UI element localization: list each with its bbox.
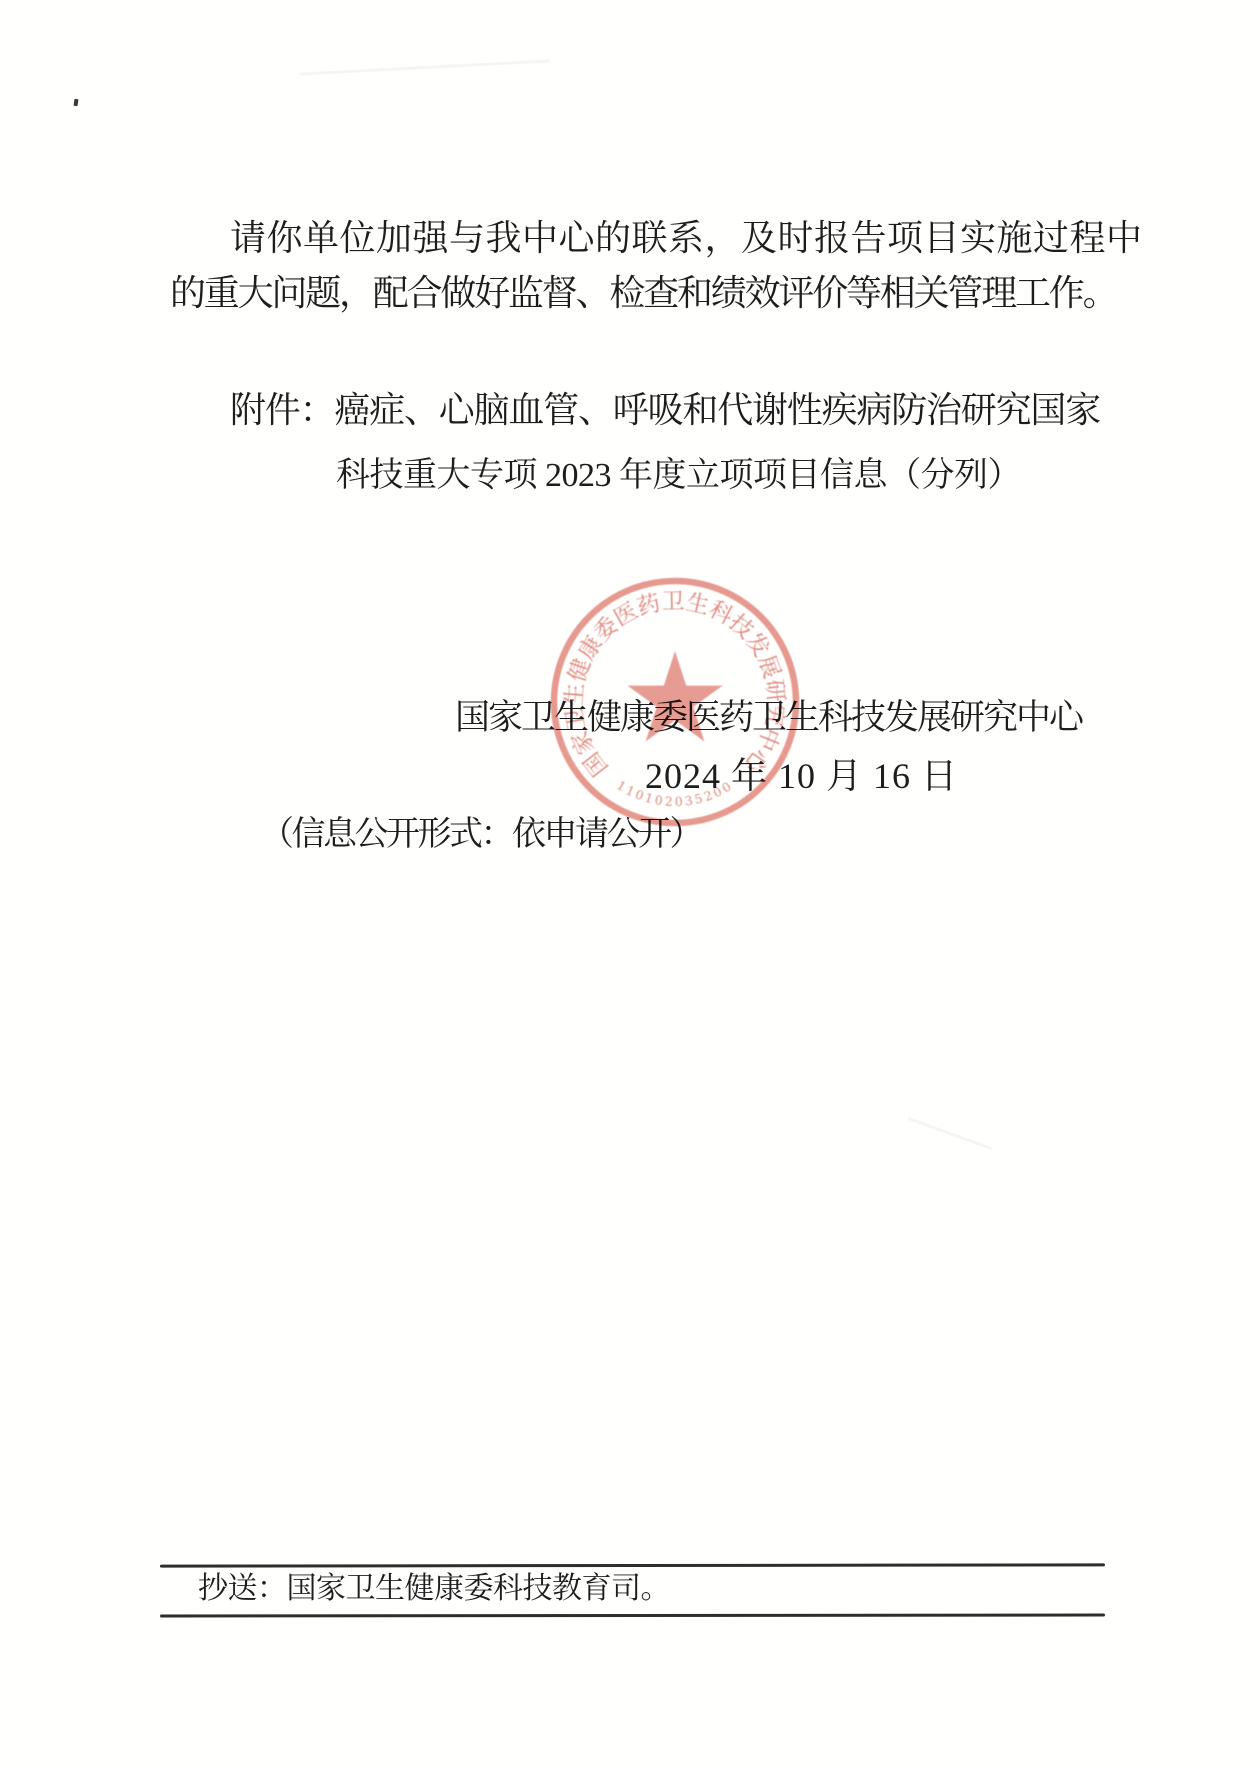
footer-cc-line: 抄送：国家卫生健康委科技教育司。 xyxy=(198,1574,670,1604)
seal-code-text-wrap: 110102035200 xyxy=(614,777,736,809)
attachment-line-1: 附件：癌症、心脑血管、呼吸和代谢性疾病防治研究国家 xyxy=(230,392,1100,428)
footer-rule-top xyxy=(160,1563,1105,1567)
body-paragraph-line-2: 的重大问题，配合做好监督、检查和绩效评价等相关管理工作。 xyxy=(170,275,1116,311)
body-paragraph-line-1: 请你单位加强与我中心的联系，及时报告项目实施过程中 xyxy=(230,220,1143,256)
attachment-line-2: 科技重大专项 2023 年度立项项目信息（分列） xyxy=(336,459,1021,493)
document-page: 请你单位加强与我中心的联系，及时报告项目实施过程中 的重大问题，配合做好监督、检… xyxy=(0,0,1260,1768)
footer-rule-bottom xyxy=(160,1614,1105,1618)
scan-streak xyxy=(907,1117,993,1151)
star-icon xyxy=(627,651,722,742)
scan-streak xyxy=(300,59,550,75)
official-seal-stamp: 国家卫生健康委医药卫生科技发展研究中心 110102035200 xyxy=(545,572,805,832)
scan-speck xyxy=(74,99,79,106)
seal-code: 110102035200 xyxy=(614,777,736,809)
